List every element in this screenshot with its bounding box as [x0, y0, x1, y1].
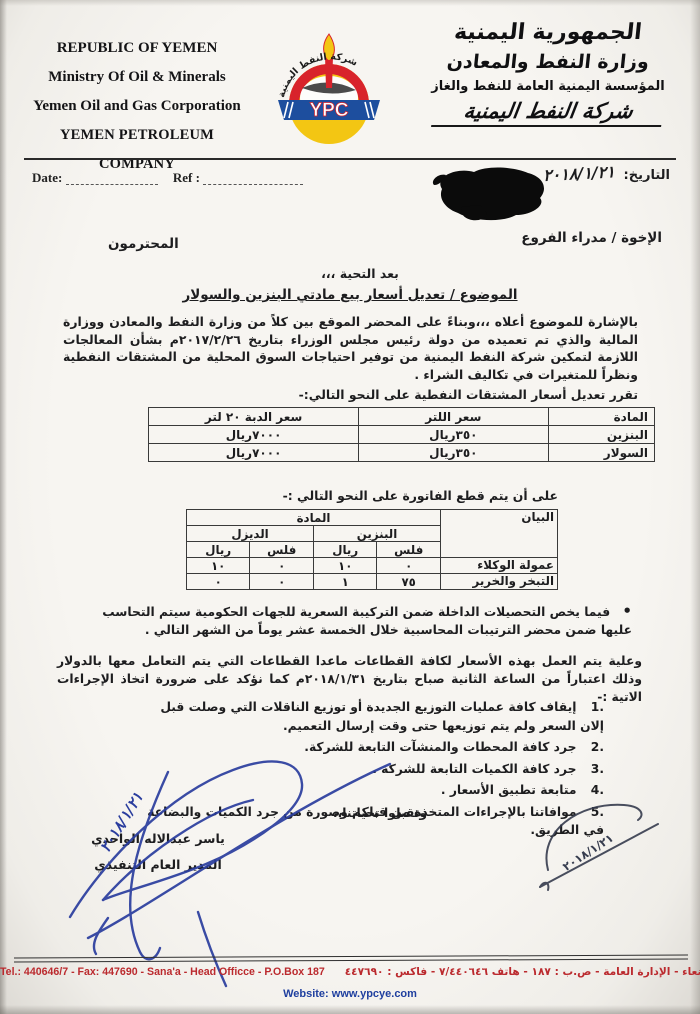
letterhead-arabic: الجمهورية اليمنية وزارة النفط والمعادن ا… — [408, 20, 688, 127]
row-label-evaporation: التبخر والخرير — [441, 574, 558, 590]
letterhead-ar-line2: وزارة النفط والمعادن — [407, 51, 689, 73]
list-item: 4. متابعة تطبيق الأسعار . — [144, 781, 604, 800]
decision-line: تقرر تعديل أسعار المشتقات النفطية على ال… — [299, 387, 638, 402]
commission-diesel-riyal: ١٠ — [187, 558, 250, 574]
price-diesel-name: السولار — [548, 444, 655, 462]
item-number: 3. — [591, 760, 604, 779]
price-header-material: المادة — [548, 408, 655, 426]
footer-contact-line: Tel.: 440646/7 - Fax: 447690 - Sana'a - … — [0, 966, 700, 978]
invoice-header-row1: البيان المادة — [187, 510, 558, 526]
benzine-fils-header: فلس — [377, 542, 441, 558]
signature-block: ياسر عبدالاله الواحدي المدير العام التنف… — [78, 826, 238, 878]
closing-salutation: وتقبلوا تحياتنا،، — [0, 806, 700, 820]
item-number: 1. — [591, 698, 604, 717]
svg-text:YPC: YPC — [309, 100, 348, 121]
commission-benzine-fils: ٠ — [377, 558, 441, 574]
table-row: التبخر والخرير ٧٥ ١ ٠ ٠ — [187, 574, 558, 590]
letterhead-ar-line1: الجمهورية اليمنية — [407, 20, 690, 45]
list-item: 1. إيقاف كافة عمليات التوزيع الجديدة أو … — [144, 698, 604, 735]
instructions-list: 1. إيقاف كافة عمليات التوزيع الجديدة أو … — [144, 698, 604, 843]
invoice-intro-line: على أن يتم قطع الفاتورة على النحو التالي… — [283, 488, 558, 503]
ref-label: Ref : — [173, 170, 200, 185]
body-paragraph-1: بالإشارة للموضوع أعلاه ،،،وبناءً على الم… — [63, 313, 638, 383]
invoice-header-benzine: البنزين — [314, 526, 441, 542]
diesel-fils-header: فلس — [250, 542, 314, 558]
date-blank-line — [66, 174, 158, 185]
item-number: 2. — [591, 738, 604, 757]
table-row: البنزين ٣٥٠ريال ٧٠٠٠ريال — [149, 426, 655, 444]
date-ref-line-en: Date: Ref : — [32, 170, 303, 186]
price-benzine-litre: ٣٥٠ريال — [359, 426, 548, 444]
signer-title: المدير العام التنفيذي — [78, 852, 238, 878]
bullet-note: • فيما يخص التحصيلات الداخلة ضمن التركيب… — [72, 602, 632, 639]
list-item: 2. جرد كافة المحطات والمنشآت التابعة للش… — [144, 738, 604, 757]
ink-redaction-blob — [428, 163, 550, 229]
handwritten-date: ٢٠١٨/١/٢١ — [543, 162, 616, 185]
ref-blank-line — [203, 174, 303, 185]
invoice-table: البيان المادة البنزين الديزل فلس ريال فل… — [186, 509, 558, 590]
commission-diesel-fils: ٠ — [250, 558, 314, 574]
footer-divider — [14, 955, 688, 963]
scan-edge-shadow-bottom — [0, 1005, 700, 1014]
scan-edge-shadow-right — [690, 0, 700, 1014]
list-item: 3. جرد كافة الكميات التابعة للشركة . — [144, 760, 604, 779]
ypc-logo-icon: YPC شركة النفط اليمنية — [266, 26, 392, 152]
ypc-logo: YPC شركة النفط اليمنية — [266, 26, 392, 156]
calligraphy-underline — [431, 125, 661, 127]
subject-line: الموضوع / تعديل أسعار بيع مادتي البنزين … — [0, 287, 700, 303]
footer-website: Website: www.ypcye.com — [0, 988, 700, 1000]
evaporation-benzine-riyal: ١ — [314, 574, 377, 590]
scan-edge-shadow-top — [0, 0, 700, 6]
diesel-riyal-header: ريال — [187, 542, 250, 558]
price-table: المادة سعر اللتر سعر الدبة ٢٠ لتر البنزي… — [148, 407, 655, 462]
item-text: جرد كافة الكميات التابعة للشركة . — [372, 762, 576, 776]
bullet-text: فيما يخص التحصيلات الداخلة ضمن التركيبة … — [102, 605, 632, 637]
item-text: متابعة تطبيق الأسعار . — [441, 783, 577, 797]
table-row: عمولة الوكلاء ٠ ١٠ ٠ ١٠ — [187, 558, 558, 574]
row-label-commission: عمولة الوكلاء — [441, 558, 558, 574]
evaporation-diesel-riyal: ٠ — [187, 574, 250, 590]
date-label-ar: التاريخ: — [624, 168, 670, 183]
benzine-riyal-header: ريال — [314, 542, 377, 558]
recipient-line: الإخوة / مدراء الفروع — [521, 230, 662, 246]
price-table-header-row: المادة سعر اللتر سعر الدبة ٢٠ لتر — [149, 408, 655, 426]
greeting: بعد التحية ،،، — [0, 266, 700, 281]
price-header-can: سعر الدبة ٢٠ لتر — [149, 408, 359, 426]
evaporation-benzine-fils: ٧٥ — [377, 574, 441, 590]
letterhead-en-line2: Ministry Of Oil & Minerals — [28, 63, 246, 92]
price-diesel-litre: ٣٥٠ريال — [359, 444, 548, 462]
price-diesel-can: ٧٠٠٠ريال — [149, 444, 359, 462]
item-text: جرد كافة المحطات والمنشآت التابعة للشركة… — [304, 740, 576, 754]
date-label: Date: — [32, 170, 62, 185]
scan-edge-shadow-left — [0, 0, 7, 1014]
evaporation-diesel-fils: ٠ — [250, 574, 314, 590]
price-benzine-can: ٧٠٠٠ريال — [149, 426, 359, 444]
letterhead-en-line3: Yemen Oil and Gas Corporation — [28, 92, 246, 121]
header-divider — [24, 158, 676, 160]
item-text: إيقاف كافة عمليات التوزيع الجديدة أو توز… — [160, 700, 604, 733]
price-benzine-name: البنزين — [548, 426, 655, 444]
commission-benzine-riyal: ١٠ — [314, 558, 377, 574]
bullet-marker: • — [622, 602, 632, 620]
invoice-header-statement: البيان — [441, 510, 558, 558]
table-row: السولار ٣٥٠ريال ٧٠٠٠ريال — [149, 444, 655, 462]
honorific: المحترمون — [108, 236, 179, 252]
footer-contact-ar: صنعاء - الإدارة العامة - ص.ب : ١٨٧ - هات… — [345, 966, 700, 978]
price-header-litre: سعر اللتر — [359, 408, 548, 426]
footer-contact-en: Tel.: 440646/7 - Fax: 447690 - Sana'a - … — [0, 966, 325, 978]
invoice-header-diesel: الديزل — [187, 526, 314, 542]
invoice-header-material: المادة — [187, 510, 441, 526]
item-number: 4. — [591, 781, 604, 800]
letterhead-ar-line3: المؤسسة اليمنية العامة للنفط والغاز — [408, 79, 688, 94]
letterhead-en-line1: REPUBLIC OF YEMEN — [28, 34, 246, 63]
letterhead-ar-line4: شركة النفط اليمنية — [406, 99, 690, 127]
scanned-letter-page: REPUBLIC OF YEMEN Ministry Of Oil & Mine… — [0, 0, 700, 1014]
